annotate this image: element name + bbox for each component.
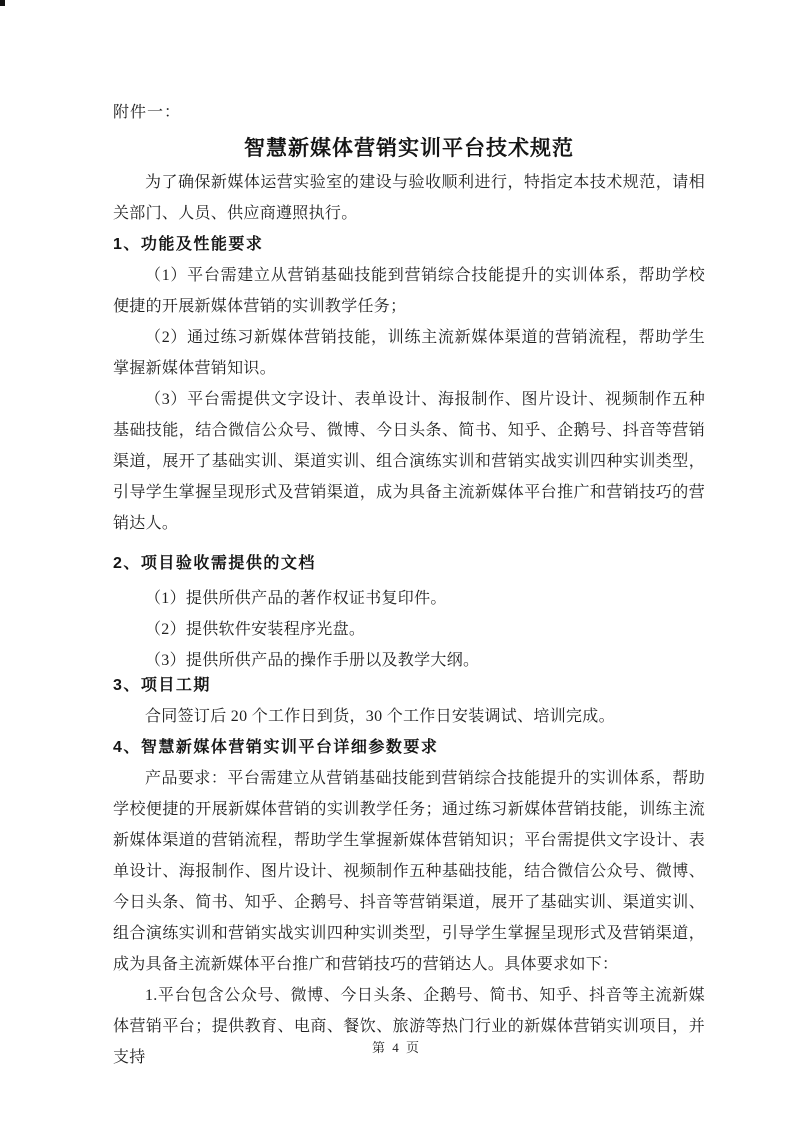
section-3-paragraph: 合同签订后 20 个工作日到货，30 个工作日安装调试、培训完成。	[113, 701, 705, 732]
section-2-item-1: （1）提供所供产品的著作权证书复印件。	[113, 583, 705, 614]
attachment-label: 附件一：	[113, 97, 705, 128]
scan-corner-artifact	[0, 0, 5, 6]
document-title: 智慧新媒体营销实训平台技术规范	[113, 131, 705, 167]
section-2-item-2: （2）提供软件安装程序光盘。	[113, 614, 705, 645]
section-4-product-requirements: 产品要求：平台需建立从营销基础技能到营销综合技能提升的实训体系，帮助学校便捷的开…	[113, 763, 705, 980]
section-1-item-2: （2）通过练习新媒体营销技能，训练主流新媒体渠道的营销流程，帮助学生掌握新媒体营…	[113, 322, 705, 384]
page-number-footer: 第 4 页	[0, 1040, 793, 1056]
document-page: 附件一： 智慧新媒体营销实训平台技术规范 为了确保新媒体运营实验室的建设与验收顺…	[0, 0, 793, 1122]
section-4-heading: 4、智慧新媒体营销实训平台详细参数要求	[113, 732, 705, 763]
section-1-item-3: （3）平台需提供文字设计、表单设计、海报制作、图片设计、视频制作五种基础技能，结…	[113, 384, 705, 539]
intro-paragraph: 为了确保新媒体运营实验室的建设与验收顺利进行，特指定本技术规范，请相关部门、人员…	[113, 167, 705, 229]
section-4-requirement-item-1: 1.平台包含公众号、微博、今日头条、企鹅号、简书、知乎、抖音等主流新媒体营销平台…	[113, 980, 705, 1073]
section-1-item-1: （1）平台需建立从营销基础技能到营销综合技能提升的实训体系，帮助学校便捷的开展新…	[113, 260, 705, 322]
section-1-heading: 1、功能及性能要求	[113, 229, 705, 260]
document-content: 附件一： 智慧新媒体营销实训平台技术规范 为了确保新媒体运营实验室的建设与验收顺…	[113, 97, 705, 1073]
section-2-heading: 2、项目验收需提供的文档	[113, 548, 705, 579]
